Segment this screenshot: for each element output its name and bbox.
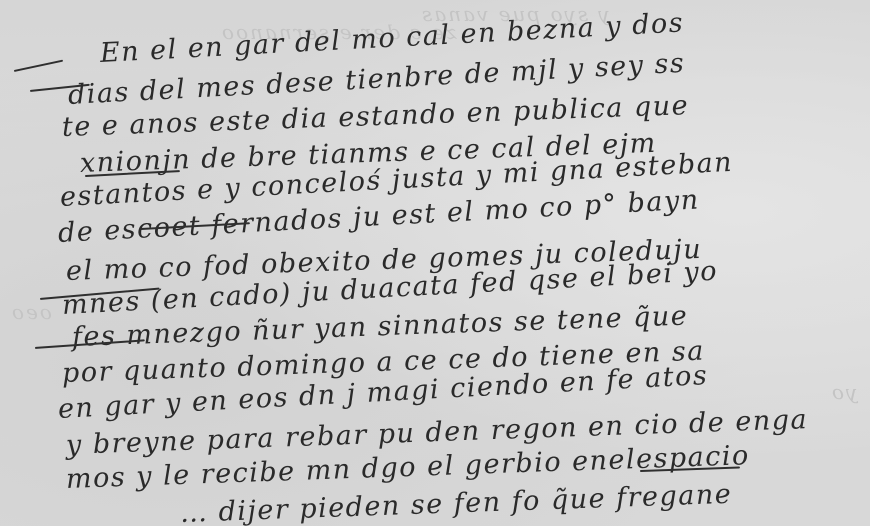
- manuscript-page: y syo pue vanas ze c der e sernanoo yo o…: [0, 0, 870, 526]
- initial-flourish: [14, 60, 63, 72]
- bleed-through-text: oeo: [10, 300, 52, 324]
- bleed-through-text: yo: [830, 380, 857, 404]
